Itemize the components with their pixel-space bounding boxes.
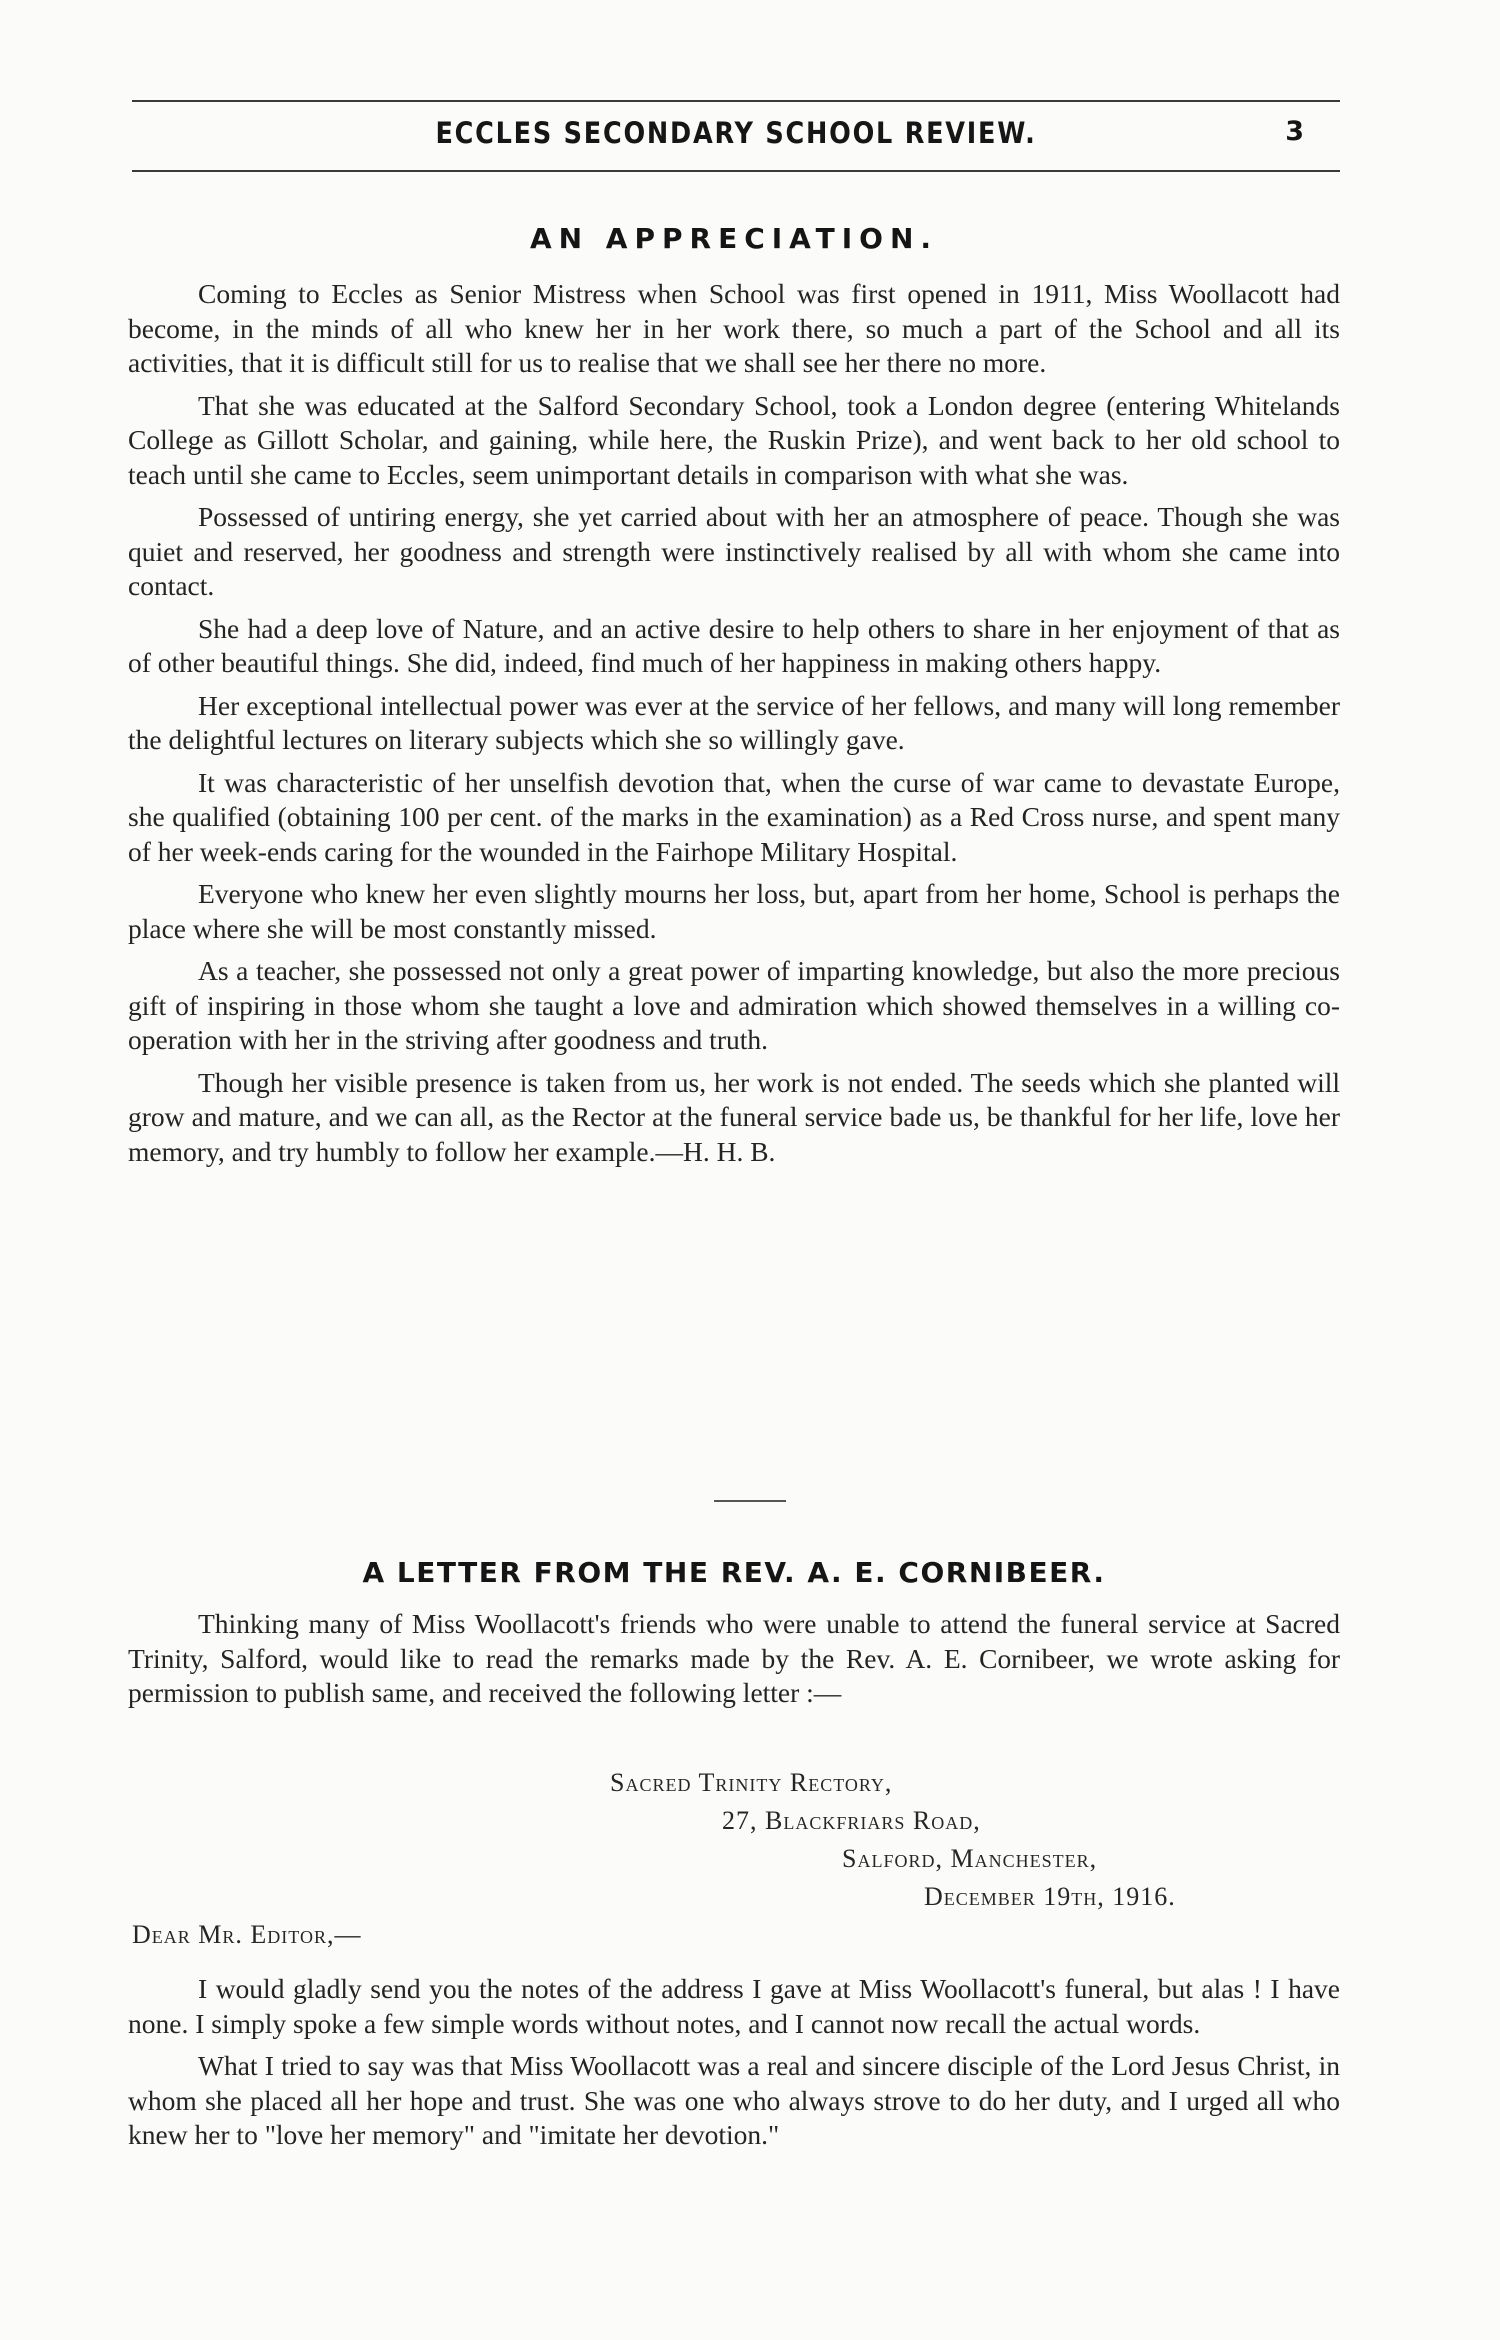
letter-body: I would gladly send you the notes of the… <box>128 1972 1340 2161</box>
paragraph: What I tried to say was that Miss Woolla… <box>128 2049 1340 2153</box>
paragraph: Everyone who knew her even slightly mour… <box>128 877 1340 946</box>
address-line: Sacred Trinity Rectory, <box>610 1768 892 1798</box>
article-heading: AN APPRECIATION. <box>128 222 1340 255</box>
paragraph: Coming to Eccles as Senior Mistress when… <box>128 277 1340 381</box>
header-rule-top <box>132 100 1340 102</box>
paragraph: I would gladly send you the notes of the… <box>128 1972 1340 2041</box>
paragraph: Her exceptional intellectual power was e… <box>128 689 1340 758</box>
article-letter: A LETTER FROM THE REV. A. E. CORNIBEER. … <box>128 1556 1340 1719</box>
paragraph-signed: Though her visible presence is taken fro… <box>128 1066 1340 1170</box>
paragraph: As a teacher, she possessed not only a g… <box>128 954 1340 1058</box>
paragraph: She had a deep love of Nature, and an ac… <box>128 612 1340 681</box>
address-line: 27, Blackfriars Road, <box>722 1806 981 1836</box>
publication-title: ECCLES SECONDARY SCHOOL REVIEW. <box>204 116 1267 150</box>
date-line: December 19th, 1916. <box>924 1882 1176 1912</box>
paragraph: Possessed of untiring energy, she yet ca… <box>128 500 1340 604</box>
page-number: 3 <box>1285 116 1304 147</box>
paragraph: That she was educated at the Salford Sec… <box>128 389 1340 493</box>
address-line: Salford, Manchester, <box>842 1844 1097 1874</box>
paragraph: It was characteristic of her unselfish d… <box>128 766 1340 870</box>
article-appreciation: AN APPRECIATION. Coming to Eccles as Sen… <box>128 222 1340 1177</box>
running-head: ECCLES SECONDARY SCHOOL REVIEW. 3 <box>132 116 1340 156</box>
header-rule-bottom <box>132 170 1340 172</box>
salutation: Dear Mr. Editor,— <box>132 1920 361 1950</box>
letter-intro: Thinking many of Miss Woollacott's frien… <box>128 1607 1340 1711</box>
section-separator <box>714 1500 786 1502</box>
article-heading: A LETTER FROM THE REV. A. E. CORNIBEER. <box>128 1556 1340 1589</box>
